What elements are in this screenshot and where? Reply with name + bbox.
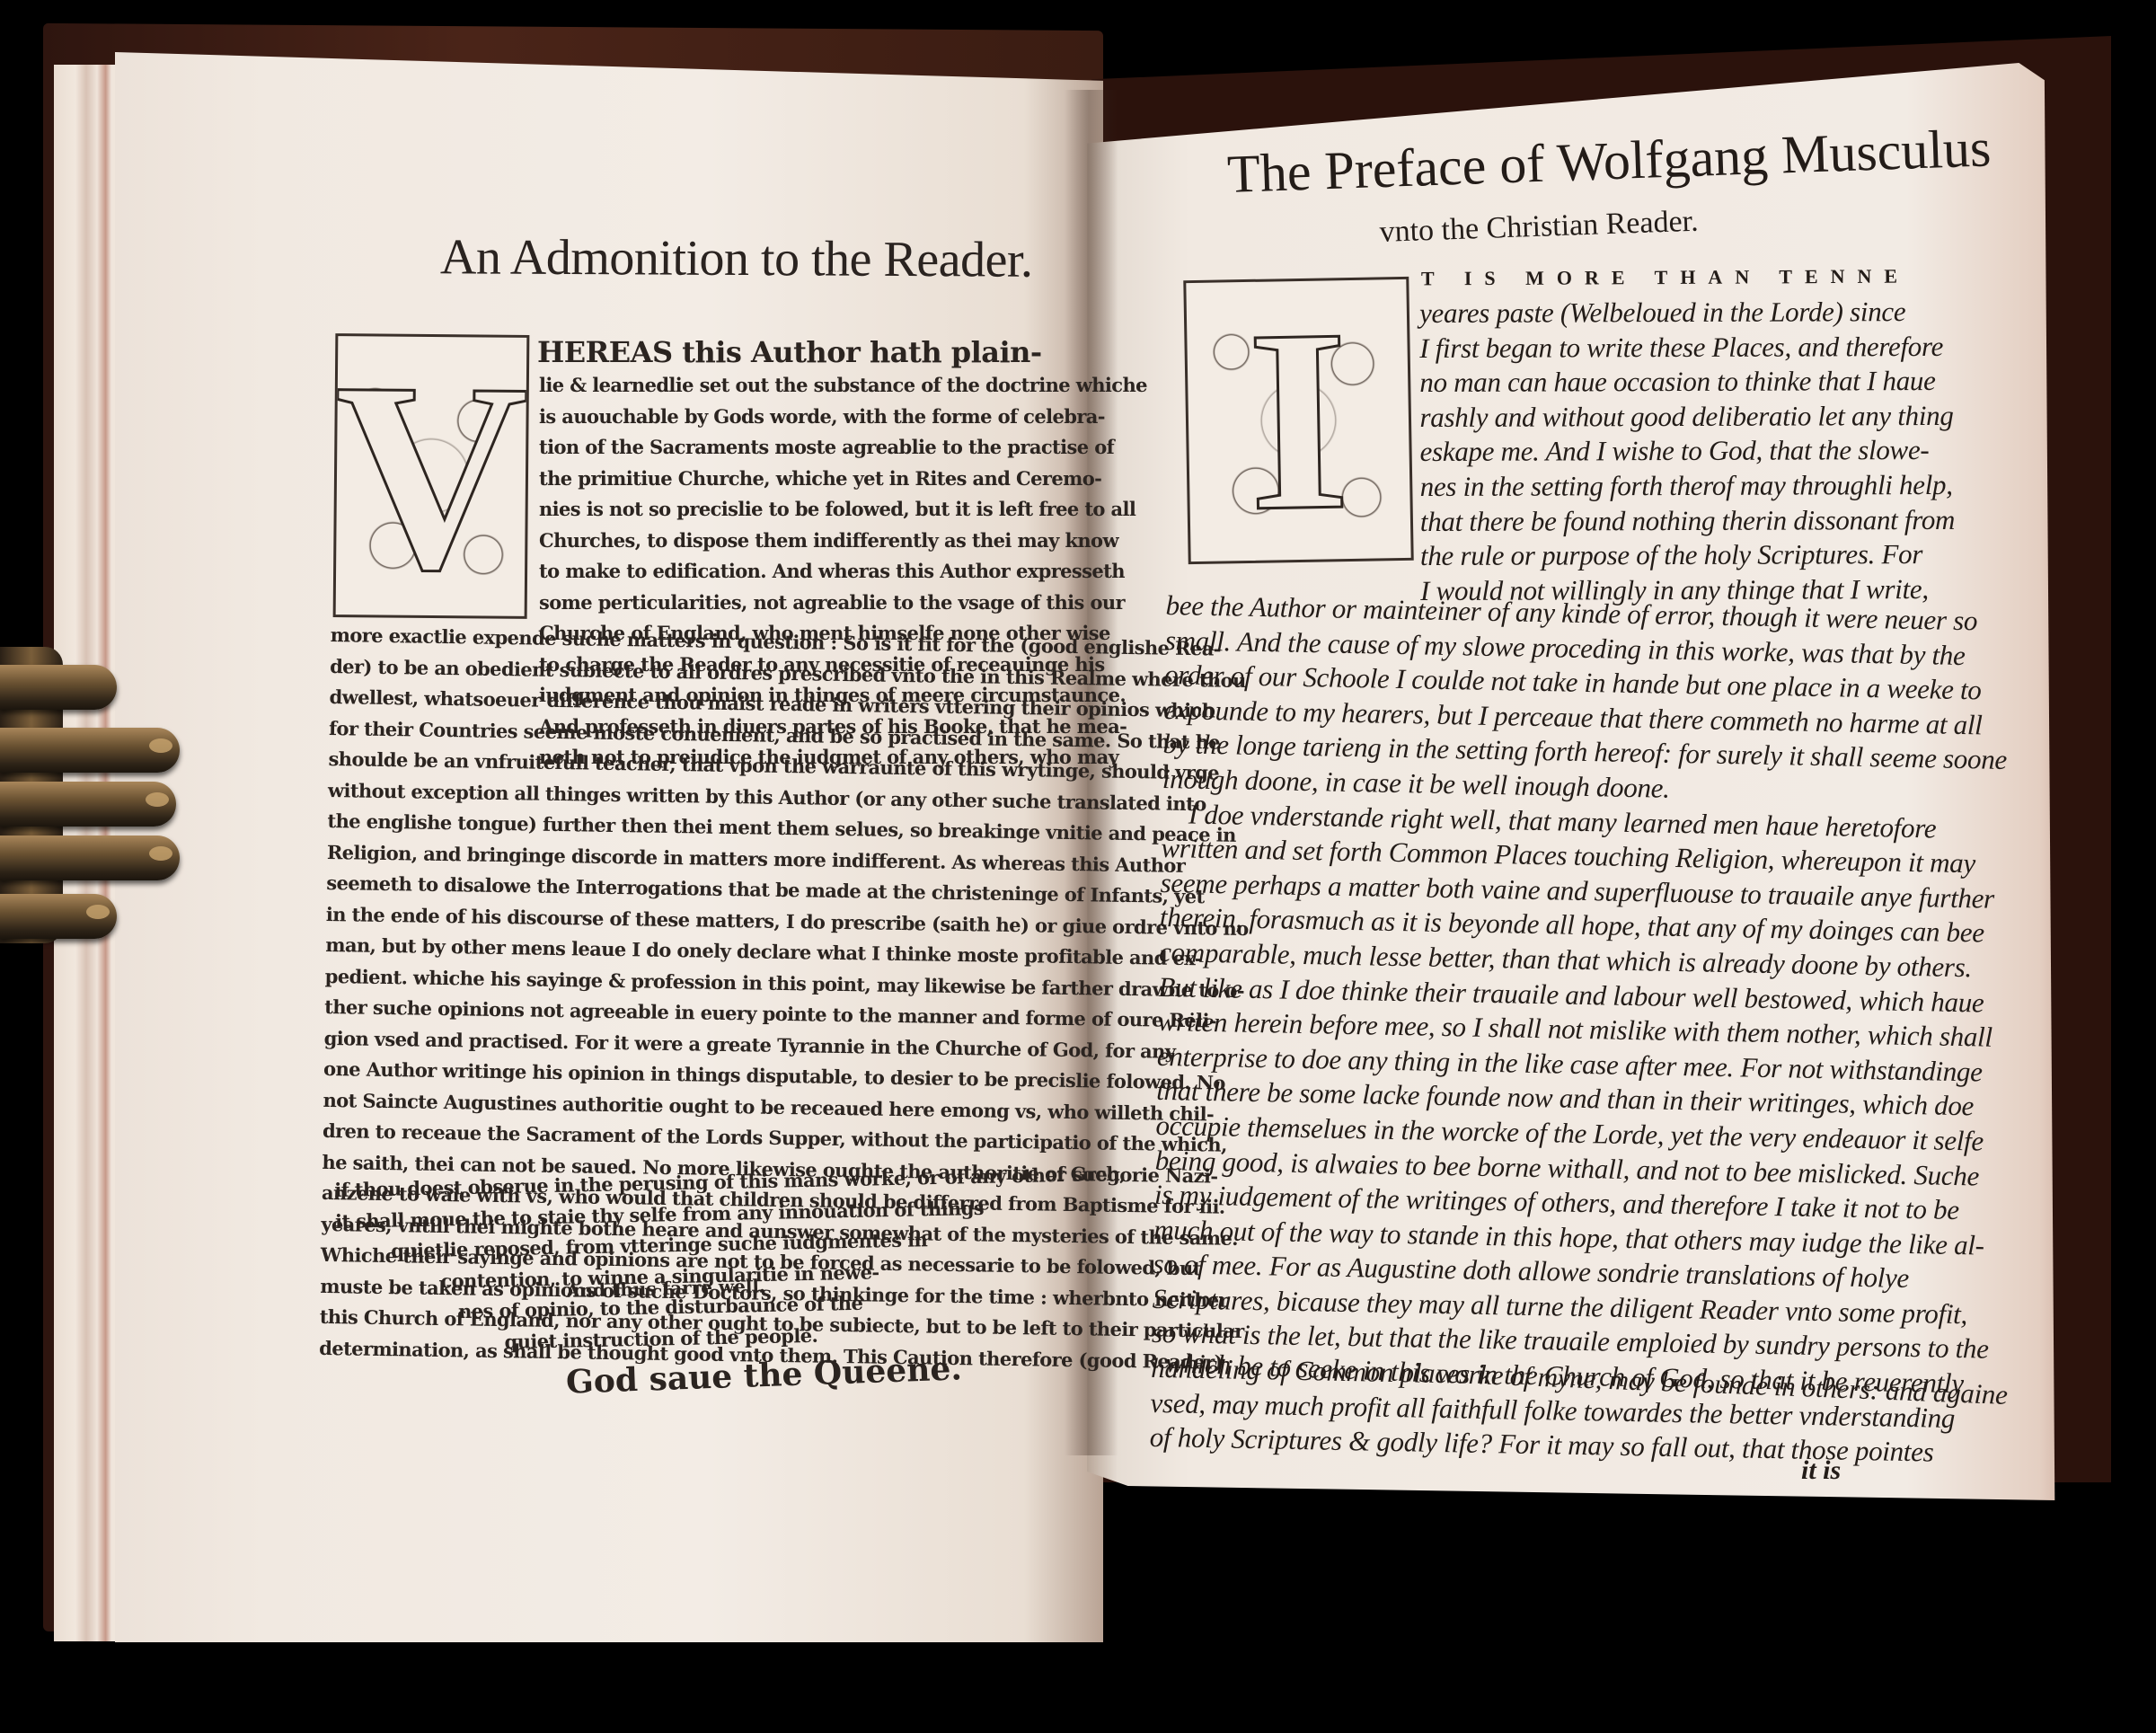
text-line: no man can haue occasion to thinke that …	[1419, 364, 1954, 401]
text-line: some perticularities, not agreablie to t…	[539, 588, 1147, 619]
decorated-initial-v: V	[333, 333, 530, 619]
hand-thumb	[0, 894, 117, 939]
bronze-hand-icon	[0, 647, 180, 943]
text-line: Churches, to dispose them indifferently …	[539, 526, 1147, 557]
left-tapered-paragraph: if thou doest obserue in the perusing of…	[334, 1162, 985, 1361]
text-line: yeares paste (Welbeloued in the Lorde) s…	[1419, 295, 1954, 332]
hand-finger	[0, 782, 176, 827]
initial-letter: I	[1246, 289, 1352, 552]
hand-finger	[0, 728, 180, 773]
text-line: tion of the Sacraments moste agreablie t…	[539, 432, 1147, 464]
open-book-photo: An Admonition to the Reader. V HEREAS th…	[0, 0, 2156, 1733]
left-lead-line: HEREAS this Author hath plain-	[537, 334, 1042, 370]
left-page-title: An Admonition to the Reader.	[440, 228, 1033, 288]
decorated-initial-i: I	[1183, 277, 1413, 564]
text-line: to make to edification. And wheras this …	[539, 556, 1147, 588]
right-body-paragraph: bee the Author or mainteiner of any kind…	[1149, 588, 2010, 1472]
text-line: rashly and without good deliberatio let …	[1419, 399, 1954, 436]
right-inset-paragraph: yeares paste (Welbeloued in the Lorde) s…	[1419, 295, 1955, 608]
text-line: the primitiue Churche, whiche yet in Rit…	[539, 464, 1147, 495]
hand-finger	[0, 836, 180, 880]
text-line: the rule or purpose of the holy Scriptur…	[1420, 537, 1955, 574]
text-line: I first began to write these Places, and…	[1419, 330, 1954, 367]
hand-finger	[0, 665, 117, 710]
text-line: lie & learnedlie set out the substance o…	[539, 370, 1147, 402]
text-line: nies is not so precislie to be folowed, …	[539, 494, 1147, 526]
text-line: eskape me. And I wishe to God, that the …	[1420, 433, 1955, 470]
catchword: it is	[1801, 1455, 1841, 1486]
text-line: nes in the setting forth therof may thro…	[1420, 468, 1955, 505]
right-lead-line: T IS MORE THAN TENNE	[1421, 265, 1910, 291]
text-line: that there be found nothing therin disso…	[1420, 502, 1955, 539]
text-line: is auouchable by Gods worde, with the fo…	[539, 402, 1147, 433]
initial-letter: V	[333, 340, 530, 612]
